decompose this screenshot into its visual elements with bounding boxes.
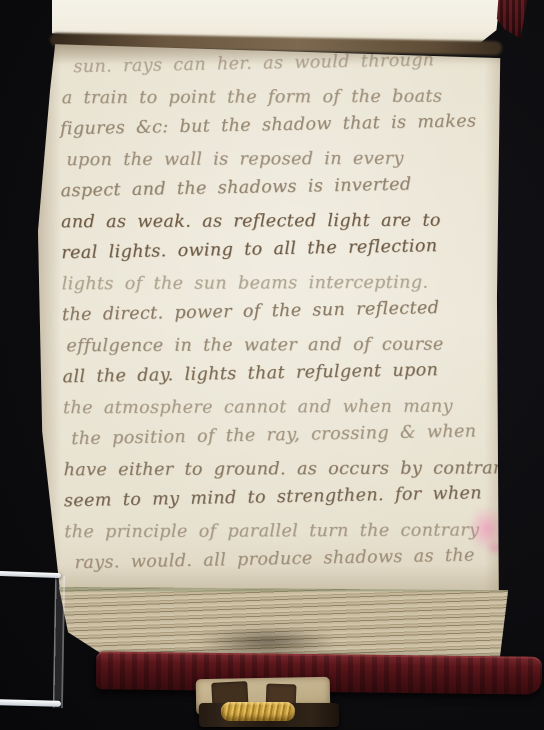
cover-corner-top-right [494, 0, 530, 42]
brass-clasp-bar [221, 702, 295, 721]
sketchbook-photograph: sun. rays can her. as would through a tr… [0, 0, 544, 730]
notebook-page: sun. rays can her. as would through a tr… [38, 42, 503, 598]
support-band-bottom-edge [0, 699, 61, 707]
support-band-vertical [53, 576, 65, 708]
handwritten-note: sun. rays can her. as would through a tr… [59, 48, 500, 580]
pink-pigment-smudge-small [486, 540, 504, 556]
support-band-top-edge [0, 571, 61, 578]
